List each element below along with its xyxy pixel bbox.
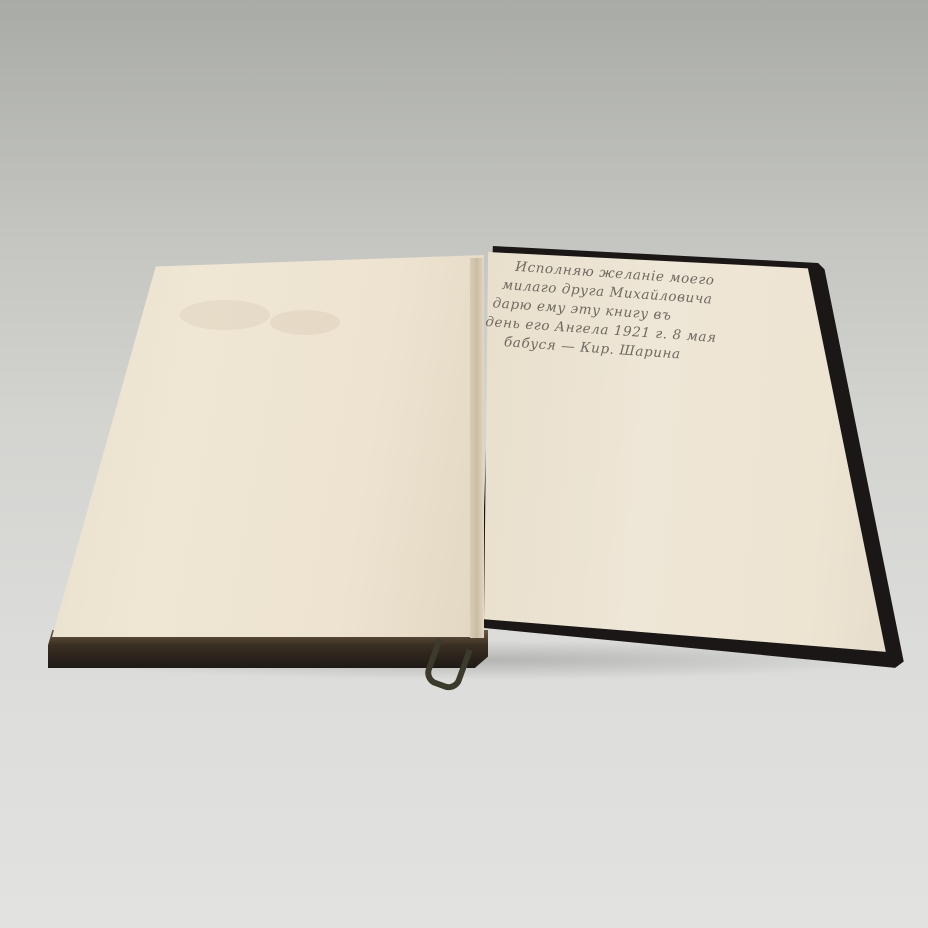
page-stain	[180, 300, 270, 330]
photo-scene: Исполняю желаніе моего милаго друга Миха…	[0, 0, 928, 928]
book-gutter	[470, 258, 484, 638]
page-stain	[270, 310, 340, 335]
